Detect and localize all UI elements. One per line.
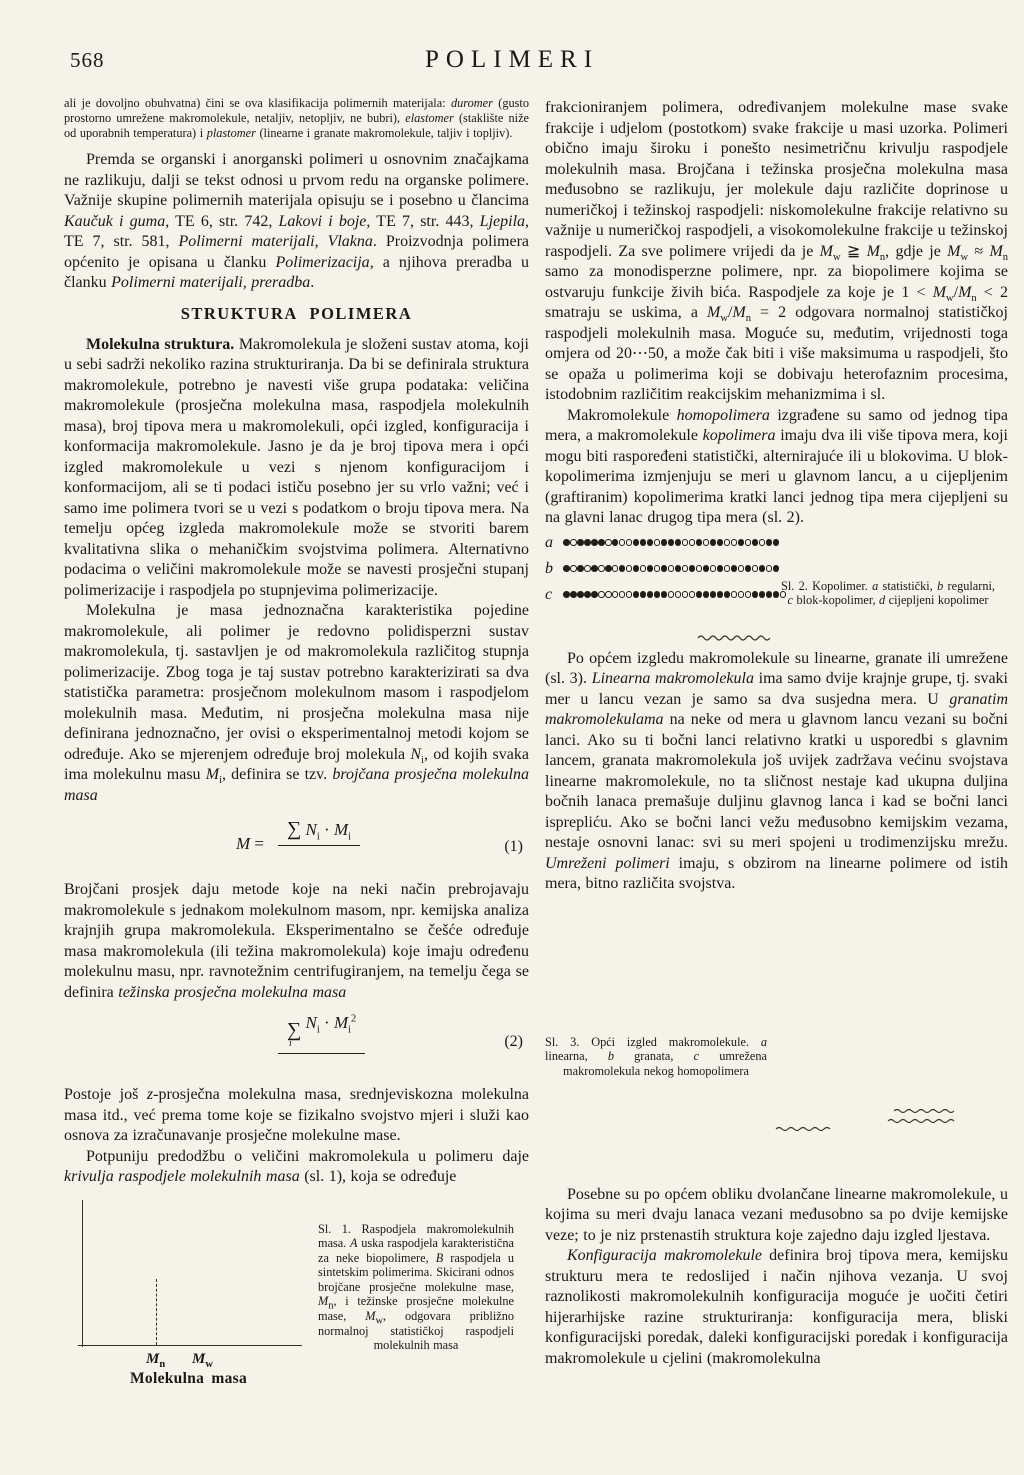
open-mer-dot xyxy=(605,591,612,598)
open-mer-dot xyxy=(626,565,633,572)
open-mer-dot xyxy=(598,565,605,572)
open-mer-dot xyxy=(731,539,738,546)
open-mer-dot xyxy=(738,591,745,598)
mer-dot-strip xyxy=(563,565,780,572)
filled-mer-dot xyxy=(577,565,584,572)
filled-mer-dot xyxy=(563,591,570,598)
filled-mer-dot xyxy=(605,565,612,572)
filled-mer-dot xyxy=(661,591,668,598)
open-mer-dot xyxy=(654,539,661,546)
filled-mer-dot xyxy=(717,539,724,546)
filled-mer-dot xyxy=(745,565,752,572)
open-mer-dot xyxy=(710,565,717,572)
open-mer-dot xyxy=(584,565,591,572)
open-mer-dot xyxy=(654,565,661,572)
paragraph-posebne: Posebne su po općem obliku dvolančane li… xyxy=(545,1185,1008,1247)
open-mer-dot xyxy=(598,591,605,598)
dashed-marker-line xyxy=(156,1279,157,1345)
fine-print-paragraph: ali je dovoljno obuhvatna) čini se ova k… xyxy=(64,96,529,141)
open-mer-dot xyxy=(689,539,696,546)
open-mer-dot xyxy=(605,539,612,546)
figure-2-caption: Sl. 2. Kopolimer. a statistički, b regul… xyxy=(781,579,995,608)
open-mer-dot xyxy=(612,565,619,572)
filled-mer-dot xyxy=(752,539,759,546)
page-title: POLIMERI xyxy=(0,46,1024,74)
equation-number: (2) xyxy=(504,1033,523,1051)
filled-mer-dot xyxy=(598,539,605,546)
mer-dot-strip xyxy=(563,539,780,546)
filled-mer-dot xyxy=(640,591,647,598)
filled-mer-dot xyxy=(661,539,668,546)
filled-mer-dot xyxy=(696,591,703,598)
open-mer-dot xyxy=(696,565,703,572)
filled-mer-dot xyxy=(584,539,591,546)
left-column: ali je dovoljno obuhvatna) čini se ova k… xyxy=(64,96,529,1396)
filled-mer-dot xyxy=(647,565,654,572)
filled-mer-dot xyxy=(612,539,619,546)
open-mer-dot xyxy=(759,539,766,546)
open-mer-dot xyxy=(745,539,752,546)
filled-mer-dot xyxy=(703,565,710,572)
filled-mer-dot xyxy=(591,565,598,572)
paragraph-makromolekule: Makromolekule homopolimera izgrađene su … xyxy=(545,406,1008,529)
open-mer-dot xyxy=(570,539,577,546)
filled-mer-dot xyxy=(633,565,640,572)
filled-mer-dot xyxy=(766,591,773,598)
filled-mer-dot xyxy=(773,565,780,572)
paragraph-molekulna-struktura: Molekulna struktura. Makromolekula je sl… xyxy=(64,335,529,602)
open-mer-dot xyxy=(682,539,689,546)
filled-mer-dot xyxy=(577,539,584,546)
open-mer-dot xyxy=(731,591,738,598)
open-mer-dot xyxy=(570,565,577,572)
open-mer-dot xyxy=(724,565,731,572)
open-mer-dot xyxy=(703,539,710,546)
open-mer-dot xyxy=(675,591,682,598)
copolymer-row-c: c xyxy=(545,587,787,603)
paragraph-po-opcem: Po općem izgledu makromolekule su linear… xyxy=(545,649,1008,895)
y-axis-line xyxy=(82,1200,83,1347)
open-mer-dot xyxy=(668,565,675,572)
fraction-denominator xyxy=(278,846,360,862)
figure-2-copolymer: a b c Sl. 2. Kopolimer. a statistički, b… xyxy=(545,531,1008,649)
filled-mer-dot xyxy=(710,591,717,598)
filled-mer-dot xyxy=(738,539,745,546)
figure-3-caption: Sl. 3. Opći izgled makromolekule. a line… xyxy=(545,1035,767,1079)
wavy-chain-icon xyxy=(893,1107,957,1125)
open-mer-dot xyxy=(668,591,675,598)
paragraph-postoje: Postoje još z-prosječna molekulna masa, … xyxy=(64,1085,529,1147)
paragraph-premda: Premda se organski i anorganski polimeri… xyxy=(64,150,529,294)
open-mer-dot xyxy=(682,591,689,598)
filled-mer-dot xyxy=(647,539,654,546)
filled-mer-dot xyxy=(766,539,773,546)
open-mer-dot xyxy=(612,591,619,598)
filled-mer-dot xyxy=(773,539,780,546)
equation-number: (1) xyxy=(504,838,523,856)
fraction: ∑ Ni · Mi xyxy=(278,818,360,862)
filled-mer-dot xyxy=(563,539,570,546)
filled-mer-dot xyxy=(710,539,717,546)
x-tick-mw: Mw xyxy=(192,1351,213,1368)
filled-mer-dot xyxy=(654,591,661,598)
open-mer-dot xyxy=(745,591,752,598)
filled-mer-dot xyxy=(577,591,584,598)
filled-mer-dot xyxy=(675,565,682,572)
open-mer-dot xyxy=(619,591,626,598)
filled-mer-dot xyxy=(696,539,703,546)
row-label: b xyxy=(545,560,563,578)
filled-mer-dot xyxy=(584,591,591,598)
open-mer-dot xyxy=(682,565,689,572)
formula-weight-average: ∑i Ni · Mi2 (2) xyxy=(64,1011,529,1075)
x-axis-title: Molekulna masa xyxy=(130,1370,247,1388)
figure-1-distribution-plot: Mn Mw Molekulna masa Sl. 1. Raspodjela m… xyxy=(64,1200,529,1396)
open-mer-dot xyxy=(626,539,633,546)
open-mer-dot xyxy=(724,539,731,546)
filled-mer-dot xyxy=(661,565,668,572)
filled-mer-dot xyxy=(640,539,647,546)
filled-mer-dot xyxy=(570,591,577,598)
fraction-numerator: ∑i Ni · Mi2 xyxy=(278,1013,365,1054)
open-mer-dot xyxy=(752,565,759,572)
paragraph-brojcani: Brojčani prosjek daju metode koje na nek… xyxy=(64,880,529,1003)
filled-mer-dot xyxy=(759,565,766,572)
open-mer-dot xyxy=(738,565,745,572)
filled-mer-dot xyxy=(731,565,738,572)
filled-mer-dot xyxy=(689,565,696,572)
figure-3-macromolecule-shapes: Sl. 3. Opći izgled makromolekule. a line… xyxy=(545,895,1008,1185)
right-column: frakcioniranjem polimera, određivanjem m… xyxy=(545,98,1008,1369)
filled-mer-dot xyxy=(717,591,724,598)
paragraph-molekulna-masa: Molekulna je masa jednoznačna karakteris… xyxy=(64,601,529,806)
paragraph-konfiguracija: Konfiguracija makromolekule definira bro… xyxy=(545,1246,1008,1369)
x-tick-mn: Mn xyxy=(146,1351,165,1368)
row-label: c xyxy=(545,586,563,604)
fraction-numerator: ∑ Ni · Mi xyxy=(278,818,360,846)
fraction: ∑i Ni · Mi2 xyxy=(278,1013,365,1070)
filled-mer-dot xyxy=(633,539,640,546)
open-mer-dot xyxy=(626,591,633,598)
paragraph-potpuniju: Potpuniju predodžbu o veličini makromole… xyxy=(64,1147,529,1188)
fraction-denominator xyxy=(278,1054,365,1070)
formula-number-average: M = ∑ Ni · Mi (1) xyxy=(64,816,529,874)
filled-mer-dot xyxy=(591,539,598,546)
wavy-chain-icon xyxy=(775,1125,831,1133)
row-label: a xyxy=(545,534,563,552)
filled-mer-dot xyxy=(703,591,710,598)
formula-lhs: M = xyxy=(236,834,264,854)
figure-1-caption: Sl. 1. Raspodjela makromolekulnih masa. … xyxy=(318,1222,514,1353)
copolymer-row-b: b xyxy=(545,561,780,577)
filled-mer-dot xyxy=(717,565,724,572)
copolymer-row-a: a xyxy=(545,535,780,551)
filled-mer-dot xyxy=(724,591,731,598)
scanned-encyclopedia-page: 568 POLIMERI ali je dovoljno obuhvatna) … xyxy=(0,0,1024,1475)
open-mer-dot xyxy=(640,565,647,572)
open-mer-dot xyxy=(689,591,696,598)
filled-mer-dot xyxy=(647,591,654,598)
x-axis-line xyxy=(78,1345,302,1347)
filled-mer-dot xyxy=(633,591,640,598)
filled-mer-dot xyxy=(675,539,682,546)
filled-mer-dot xyxy=(668,539,675,546)
filled-mer-dot xyxy=(563,565,570,572)
filled-mer-dot xyxy=(752,591,759,598)
filled-mer-dot xyxy=(759,591,766,598)
filled-mer-dot xyxy=(619,565,626,572)
section-heading: STRUKTURA POLIMERA xyxy=(64,304,529,324)
open-mer-dot xyxy=(619,539,626,546)
wavy-chain-icon xyxy=(697,633,771,642)
filled-mer-dot xyxy=(773,591,780,598)
mer-dot-strip xyxy=(563,591,787,598)
paragraph-frakcioniranjem: frakcioniranjem polimera, određivanjem m… xyxy=(545,98,1008,406)
filled-mer-dot xyxy=(591,591,598,598)
open-mer-dot xyxy=(766,565,773,572)
